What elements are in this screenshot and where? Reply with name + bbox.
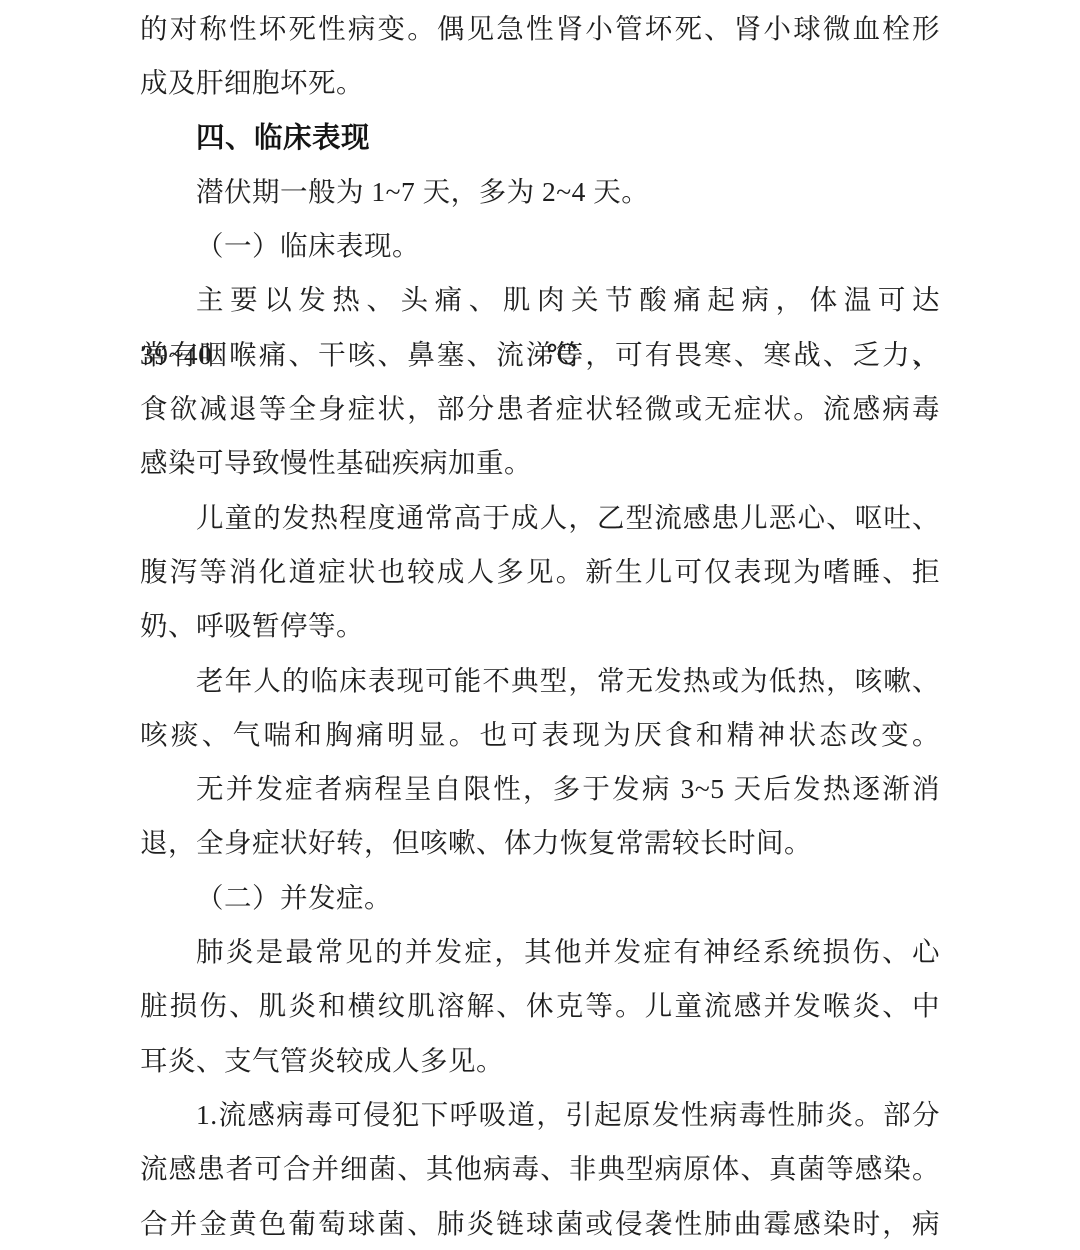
document-text-body: 的对称性坏死性病变。偶见急性肾小管坏死、肾小球微血栓形成及肝细胞坏死。四、临床表… [140, 2, 940, 1250]
text-line: 成及肝细胞坏死。 [140, 56, 940, 110]
text-line: 食欲减退等全身症状，部分患者症状轻微或无症状。流感病毒 [140, 382, 940, 436]
text-line: 的对称性坏死性病变。偶见急性肾小管坏死、肾小球微血栓形 [140, 2, 940, 56]
text-line: 儿童的发热程度通常高于成人，乙型流感患儿恶心、呕吐、 [140, 491, 940, 545]
text-line: （二）并发症。 [140, 871, 940, 925]
text-line: 咳痰、气喘和胸痛明显。也可表现为厌食和精神状态改变。 [140, 708, 940, 762]
text-line: 脏损伤、肌炎和横纹肌溶解、休克等。儿童流感并发喉炎、中 [140, 979, 940, 1033]
text-line: 肺炎是最常见的并发症，其他并发症有神经系统损伤、心 [140, 925, 940, 979]
text-line: 常有咽喉痛、干咳、鼻塞、流涕等，可有畏寒、寒战、乏力、 [140, 328, 940, 382]
text-line: 主要以发热、头痛、肌肉关节酸痛起病，体温可达 39~40℃， [140, 273, 940, 327]
text-line: 耳炎、支气管炎较成人多见。 [140, 1034, 940, 1088]
text-line: 老年人的临床表现可能不典型，常无发热或为低热，咳嗽、 [140, 654, 940, 708]
text-line: 潜伏期一般为 1~7 天，多为 2~4 天。 [140, 165, 940, 219]
text-line: 合并金黄色葡萄球菌、肺炎链球菌或侵袭性肺曲霉感染时，病 [140, 1197, 940, 1250]
text-line: 奶、呼吸暂停等。 [140, 599, 940, 653]
text-line: 腹泻等消化道症状也较成人多见。新生儿可仅表现为嗜睡、拒 [140, 545, 940, 599]
text-line: 流感患者可合并细菌、其他病毒、非典型病原体、真菌等感染。 [140, 1142, 940, 1196]
section-heading: 四、临床表现 [140, 111, 940, 165]
text-line: （一）临床表现。 [140, 219, 940, 273]
document-page: 的对称性坏死性病变。偶见急性肾小管坏死、肾小球微血栓形成及肝细胞坏死。四、临床表… [0, 0, 1080, 1250]
text-line: 1.流感病毒可侵犯下呼吸道，引起原发性病毒性肺炎。部分 [140, 1088, 940, 1142]
text-line: 无并发症者病程呈自限性，多于发病 3~5 天后发热逐渐消 [140, 762, 940, 816]
text-line: 感染可导致慢性基础疾病加重。 [140, 436, 940, 490]
text-line: 退，全身症状好转，但咳嗽、体力恢复常需较长时间。 [140, 816, 940, 870]
